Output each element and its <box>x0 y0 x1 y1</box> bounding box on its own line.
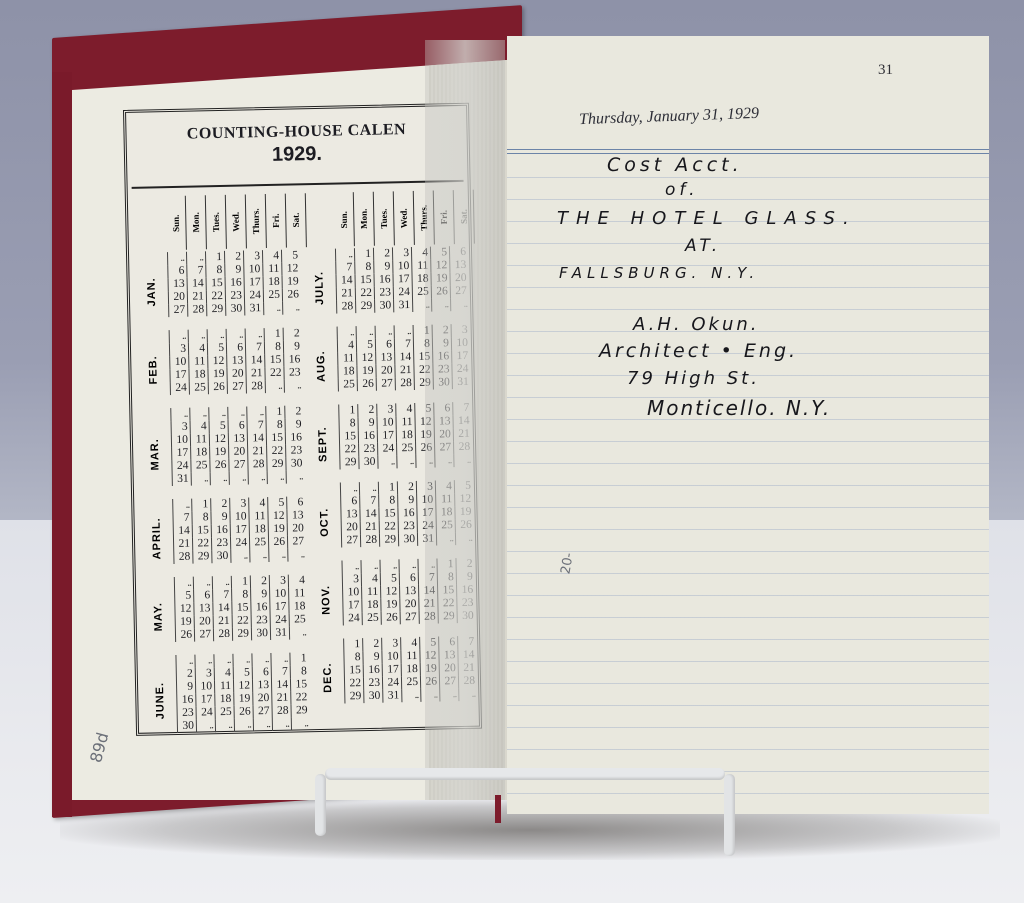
day-cell: .. <box>401 689 420 702</box>
day-cell: 4 <box>248 497 267 510</box>
day-cell: 19 <box>233 692 252 705</box>
day-cell: 17 <box>171 447 190 460</box>
day-cell: 16 <box>363 664 382 677</box>
stand-bar <box>325 768 725 780</box>
day-cell: 16 <box>397 507 416 520</box>
day-cell: .. <box>286 470 305 483</box>
handwriting-line-7: Architect • Eng. <box>599 340 798 362</box>
day-cell: 15 <box>344 664 363 677</box>
day-cell: 14 <box>359 508 378 521</box>
day-cell: 20 <box>287 522 306 535</box>
month-name: APRIL. <box>144 499 170 577</box>
day-cell: 18 <box>214 693 233 706</box>
day-cell: 8 <box>290 665 309 678</box>
day-cell: 16 <box>211 524 230 537</box>
day-cell: 18 <box>263 276 282 289</box>
day-cell: 6 <box>228 419 247 432</box>
day-cell: 24 <box>343 612 362 625</box>
day-cell: .. <box>245 328 264 341</box>
day-cell: 2 <box>210 498 229 511</box>
month-name: SEPT. <box>310 405 336 483</box>
day-cell: 7 <box>212 589 231 602</box>
right-page: 31 Thursday, January 31, 1929 Cost Acct.… <box>507 36 989 814</box>
day-cell: .. <box>175 655 194 668</box>
day-cell: 9 <box>250 588 269 601</box>
day-cell: 1 <box>289 652 308 665</box>
day-cell: 3 <box>381 637 400 650</box>
day-cell: 19 <box>356 365 375 378</box>
day-cell: 20 <box>341 521 360 534</box>
month-block: MAR...........12345678910111213141516171… <box>138 405 308 499</box>
day-cell: 17 <box>377 429 396 442</box>
day-cell: .. <box>227 406 246 419</box>
handwriting-line-3: THE HOTEL GLASS. <box>557 208 857 229</box>
day-cell: 30 <box>358 456 377 469</box>
day-cell: 1 <box>378 481 397 494</box>
day-cell: 22 <box>290 691 309 704</box>
day-cell: .. <box>234 718 253 731</box>
day-cell: 24 <box>230 536 249 549</box>
day-cell: 18 <box>249 523 268 536</box>
day-cell: 14 <box>394 351 413 364</box>
day-cell: 13 <box>399 585 418 598</box>
calendar-first-half: Sun.Mon.Tues.Wed.Thurs.Fri.Sat.JAN.....1… <box>134 193 313 724</box>
page-number: 31 <box>878 62 893 79</box>
day-cell: .. <box>215 719 234 732</box>
weekday-label: Sun. <box>334 192 355 246</box>
day-cell: 6 <box>375 338 394 351</box>
month-name: JUNE. <box>147 655 173 746</box>
day-cell: 30 <box>225 303 244 316</box>
day-cell: 14 <box>187 277 206 290</box>
month-name: DEC. <box>315 639 341 717</box>
day-cell: 31 <box>172 473 191 486</box>
weekday-label: Tues. <box>374 191 395 245</box>
day-cell: 5 <box>281 249 300 262</box>
day-cell: 21 <box>247 445 266 458</box>
month-name: JULY. <box>307 249 333 327</box>
day-cell: 13 <box>252 679 271 692</box>
day-cell: 27 <box>376 377 395 390</box>
day-cell: 14 <box>245 354 264 367</box>
day-cell: .. <box>270 653 289 666</box>
day-cell: 6 <box>286 496 305 509</box>
weekday-label: Mon. <box>354 192 375 246</box>
day-cell: 12 <box>209 433 228 446</box>
day-cell: 15 <box>206 277 225 290</box>
day-cell: 24 <box>393 286 412 299</box>
day-cell: 31 <box>393 299 412 312</box>
day-cell: .. <box>263 302 282 315</box>
day-cell: 22 <box>266 445 285 458</box>
day-cell: 1 <box>343 638 362 651</box>
weekday-label: Wed. <box>394 191 415 245</box>
day-cell: 2 <box>176 668 195 681</box>
day-cell: 1 <box>338 404 357 417</box>
day-cell: 19 <box>175 616 194 629</box>
day-grid: ..........123456789101112131415161718192… <box>170 405 305 486</box>
day-cell: 20 <box>375 364 394 377</box>
day-cell: 8 <box>191 511 210 524</box>
day-cell: 3 <box>342 573 361 586</box>
day-cell: 14 <box>212 602 231 615</box>
day-cell: 31 <box>382 689 401 702</box>
day-cell: 25 <box>189 381 208 394</box>
weekday-label: Wed. <box>226 194 247 248</box>
day-cell: 12 <box>267 510 286 523</box>
day-cell: 21 <box>394 364 413 377</box>
day-cell: 3 <box>171 421 190 434</box>
day-cell: .. <box>282 301 301 314</box>
day-cell: 21 <box>187 290 206 303</box>
day-cell: 18 <box>337 365 356 378</box>
handwriting-line-4: AT. <box>685 236 721 256</box>
day-cell: .. <box>335 248 354 261</box>
day-cell: 23 <box>283 366 302 379</box>
day-cell: 4 <box>188 342 207 355</box>
day-cell: .. <box>265 380 284 393</box>
day-cell: 21 <box>213 615 232 628</box>
day-cell: 1 <box>265 406 284 419</box>
day-cell: 13 <box>286 509 305 522</box>
day-cell: 11 <box>395 416 414 429</box>
day-cell: 1 <box>231 575 250 588</box>
day-cell: 14 <box>247 432 266 445</box>
day-cell: 30 <box>211 550 230 563</box>
day-cell: 30 <box>177 720 196 733</box>
day-cell: .. <box>396 455 415 468</box>
day-cell: 1 <box>205 251 224 264</box>
day-cell: 10 <box>392 260 411 273</box>
day-cell: .. <box>193 576 212 589</box>
day-cell: 8 <box>354 261 373 274</box>
day-cell: 9 <box>373 260 392 273</box>
month-blocks: JAN.....12345678910111213141516171819202… <box>135 249 313 746</box>
day-cell: 2 <box>224 251 243 264</box>
day-cell: 30 <box>251 627 270 640</box>
day-cell: 2 <box>397 481 416 494</box>
day-cell: .. <box>377 455 396 468</box>
day-cell: .. <box>226 329 245 342</box>
day-cell: 19 <box>207 368 226 381</box>
day-cell: 29 <box>290 704 309 717</box>
day-cell: 29 <box>379 533 398 546</box>
month-block: JAN.....12345678910111213141516171819202… <box>135 249 305 331</box>
day-cell: 7 <box>271 666 290 679</box>
day-cell: 5 <box>174 590 193 603</box>
stand-leg-right <box>724 774 735 856</box>
day-cell: 17 <box>195 693 214 706</box>
day-cell: 11 <box>248 510 267 523</box>
month-name: MAR. <box>142 408 168 499</box>
day-cell: 7 <box>245 341 264 354</box>
month-name: FEB. <box>141 330 167 408</box>
day-cell: 23 <box>374 286 393 299</box>
day-cell: 30 <box>374 299 393 312</box>
day-cell: 6 <box>226 341 245 354</box>
day-cell: 24 <box>171 460 190 473</box>
handwriting-line-8: 79 High St. <box>627 368 760 389</box>
day-cell: 26 <box>357 378 376 391</box>
day-cell: 28 <box>173 551 192 564</box>
day-cell: 23 <box>398 520 417 533</box>
month-name: OCT. <box>312 483 338 561</box>
day-cell: .. <box>356 326 375 339</box>
day-cell: 23 <box>225 290 244 303</box>
day-cell: 21 <box>271 692 290 705</box>
day-cell: 28 <box>213 628 232 641</box>
day-cell: 17 <box>269 601 288 614</box>
day-cell: 25 <box>249 536 268 549</box>
day-cell: 7 <box>186 264 205 277</box>
day-cell: 20 <box>252 692 271 705</box>
day-cell: 11 <box>214 680 233 693</box>
day-cell: 6 <box>193 589 212 602</box>
day-cell: .. <box>341 560 360 573</box>
day-cell: 15 <box>290 678 309 691</box>
day-cell: .. <box>212 576 231 589</box>
day-cell: 22 <box>344 677 363 690</box>
day-cell: .. <box>337 326 356 339</box>
day-cell: 10 <box>342 586 361 599</box>
day-cell: 4 <box>262 250 281 263</box>
day-cell: 29 <box>192 550 211 563</box>
day-cell: 2 <box>362 638 381 651</box>
day-cell: 21 <box>336 287 355 300</box>
day-cell: 13 <box>228 432 247 445</box>
day-cell: 21 <box>360 521 379 534</box>
day-cell: .. <box>253 718 272 731</box>
day-cell: 28 <box>187 303 206 316</box>
day-cell: 29 <box>232 627 251 640</box>
day-cell: .. <box>189 407 208 420</box>
day-cell: 16 <box>176 694 195 707</box>
day-cell: 24 <box>170 382 189 395</box>
day-cell: 19 <box>282 275 301 288</box>
day-cell: .. <box>229 471 248 484</box>
day-cell: 26 <box>208 381 227 394</box>
day-cell: 4 <box>395 403 414 416</box>
month-block: JUNE.............12345678910111213141516… <box>143 652 313 746</box>
day-cell: 15 <box>264 354 283 367</box>
day-cell: 16 <box>225 277 244 290</box>
day-cell: 9 <box>224 264 243 277</box>
day-cell: 3 <box>169 343 188 356</box>
day-cell: 27 <box>227 380 246 393</box>
day-cell: 28 <box>246 380 265 393</box>
day-cell: 28 <box>336 300 355 313</box>
day-cell: .. <box>194 654 213 667</box>
day-cell: 31 <box>244 302 263 315</box>
photo-scene: COUNTING-HOUSE CALEN 1929. Sun.Mon.Tues.… <box>0 0 1024 903</box>
day-cell: 28 <box>247 458 266 471</box>
day-cell: 2 <box>357 404 376 417</box>
ruled-lines <box>507 156 989 794</box>
weekday-label: Sun. <box>166 196 187 250</box>
day-cell: 3 <box>392 247 411 260</box>
handwriting-line-5: FALLSBURG. N.Y. <box>559 264 759 282</box>
day-cell: 9 <box>362 651 381 664</box>
day-cell: 16 <box>250 601 269 614</box>
day-cell: .. <box>287 548 306 561</box>
month-block: APRIL...12345678910111213141516171819202… <box>140 496 310 578</box>
day-cell: 13 <box>375 351 394 364</box>
day-cell: 7 <box>172 512 191 525</box>
day-cell: 7 <box>359 495 378 508</box>
day-cell: 6 <box>399 572 418 585</box>
day-grid: ....123456789101112131415161718192021222… <box>167 249 301 317</box>
day-cell: 18 <box>396 429 415 442</box>
day-cell: 7 <box>247 419 266 432</box>
day-cell: 30 <box>285 457 304 470</box>
day-cell: 4 <box>400 637 419 650</box>
day-cell: 9 <box>210 511 229 524</box>
day-cell: .. <box>379 559 398 572</box>
handwriting-line-1: Cost Acct. <box>607 154 743 176</box>
day-cell: 13 <box>340 508 359 521</box>
day-cell: 25 <box>396 442 415 455</box>
day-cell: 12 <box>233 679 252 692</box>
day-cell: .. <box>174 577 193 590</box>
day-cell: 14 <box>335 274 354 287</box>
day-cell: .. <box>359 482 378 495</box>
day-cell: 11 <box>190 433 209 446</box>
day-cell: 20 <box>226 367 245 380</box>
day-cell: .. <box>394 325 413 338</box>
date-heading: Thursday, January 31, 1929 <box>579 105 760 129</box>
day-cell: 11 <box>188 355 207 368</box>
day-cell: 7 <box>335 261 354 274</box>
day-cell: 8 <box>264 341 283 354</box>
day-cell: 29 <box>266 458 285 471</box>
day-cell: 18 <box>188 368 207 381</box>
day-cell: .. <box>213 654 232 667</box>
day-cell: 22 <box>206 290 225 303</box>
day-cell: 1 <box>354 248 373 261</box>
day-cell: 10 <box>169 356 188 369</box>
calendar-year: 1929. <box>127 140 467 170</box>
day-cell: 13 <box>226 354 245 367</box>
day-cell: 12 <box>174 603 193 616</box>
day-cell: .. <box>208 407 227 420</box>
day-cell: 3 <box>376 403 395 416</box>
day-cell: 9 <box>283 340 302 353</box>
day-cell: 5 <box>267 497 286 510</box>
day-cell: 3 <box>195 667 214 680</box>
day-cell: 18 <box>190 446 209 459</box>
day-cell: 16 <box>358 430 377 443</box>
day-cell: 26 <box>234 705 253 718</box>
day-cell: 18 <box>401 663 420 676</box>
day-cell: 23 <box>363 677 382 690</box>
day-cell: 29 <box>344 690 363 703</box>
day-cell: 14 <box>173 525 192 538</box>
day-cell: 10 <box>269 588 288 601</box>
day-cell: 26 <box>268 536 287 549</box>
day-cell: 11 <box>262 263 281 276</box>
day-cell: .. <box>268 549 287 562</box>
day-cell: 12 <box>207 355 226 368</box>
day-cell: 17 <box>169 369 188 382</box>
day-cell: 25 <box>190 459 209 472</box>
day-cell: 11 <box>288 587 307 600</box>
day-cell: 4 <box>288 574 307 587</box>
day-cell: .. <box>249 549 268 562</box>
month-name: JAN. <box>139 252 165 330</box>
day-cell: .. <box>289 626 308 639</box>
day-cell: .. <box>172 499 191 512</box>
day-cell: 23 <box>251 614 270 627</box>
day-cell: 25 <box>362 612 381 625</box>
day-cell: 26 <box>381 611 400 624</box>
day-cell: 22 <box>379 520 398 533</box>
day-cell: 2 <box>373 247 392 260</box>
day-cell: 24 <box>270 614 289 627</box>
day-cell: 7 <box>394 338 413 351</box>
wire-book-stand <box>315 768 735 848</box>
day-cell: 10 <box>381 650 400 663</box>
month-block: FEB...........12345678910111213141516171… <box>137 327 307 409</box>
day-cell: 9 <box>397 494 416 507</box>
day-cell: .. <box>170 408 189 421</box>
day-cell: 9 <box>357 417 376 430</box>
day-cell: 1 <box>191 498 210 511</box>
day-cell: 11 <box>400 650 419 663</box>
day-cell: 17 <box>392 273 411 286</box>
day-cell: 4 <box>190 420 209 433</box>
day-grid: ..........123456789101112131415161718192… <box>169 327 303 395</box>
day-cell: 13 <box>193 602 212 615</box>
day-cell: .. <box>196 719 215 732</box>
day-grid: ............1234567891011121314151617181… <box>175 652 310 733</box>
day-cell: 15 <box>192 524 211 537</box>
day-cell: .. <box>230 549 249 562</box>
weekday-label: Mon. <box>186 195 207 249</box>
day-cell: 8 <box>231 588 250 601</box>
day-cell: .. <box>207 329 226 342</box>
day-cell: 23 <box>358 443 377 456</box>
day-cell: 15 <box>378 507 397 520</box>
day-cell: 20 <box>168 291 187 304</box>
month-name: AUG. <box>309 327 335 405</box>
day-cell: 26 <box>209 459 228 472</box>
book-cover-edge <box>52 72 72 817</box>
day-cell: .. <box>398 559 417 572</box>
day-cell: 25 <box>289 613 308 626</box>
day-cell: 24 <box>382 676 401 689</box>
day-cell: 18 <box>288 600 307 613</box>
day-cell: .. <box>248 471 267 484</box>
day-cell: 29 <box>206 303 225 316</box>
day-cell: .. <box>246 406 265 419</box>
day-cell: 12 <box>380 585 399 598</box>
day-cell: .. <box>188 329 207 342</box>
day-cell: 20 <box>194 615 213 628</box>
day-cell: 9 <box>176 681 195 694</box>
month-block: MAY.......123456789101112131415161718192… <box>142 574 312 656</box>
day-cell: 27 <box>400 611 419 624</box>
day-cell: .. <box>210 472 229 485</box>
day-cell: 10 <box>229 510 248 523</box>
day-cell: 14 <box>271 679 290 692</box>
day-cell: 22 <box>232 614 251 627</box>
day-cell: 5 <box>207 342 226 355</box>
day-cell: 22 <box>192 537 211 550</box>
handwriting-line-6: A.H. Okun. <box>633 314 759 335</box>
day-cell: 21 <box>173 538 192 551</box>
day-cell: 25 <box>215 706 234 719</box>
day-cell: 3 <box>269 575 288 588</box>
